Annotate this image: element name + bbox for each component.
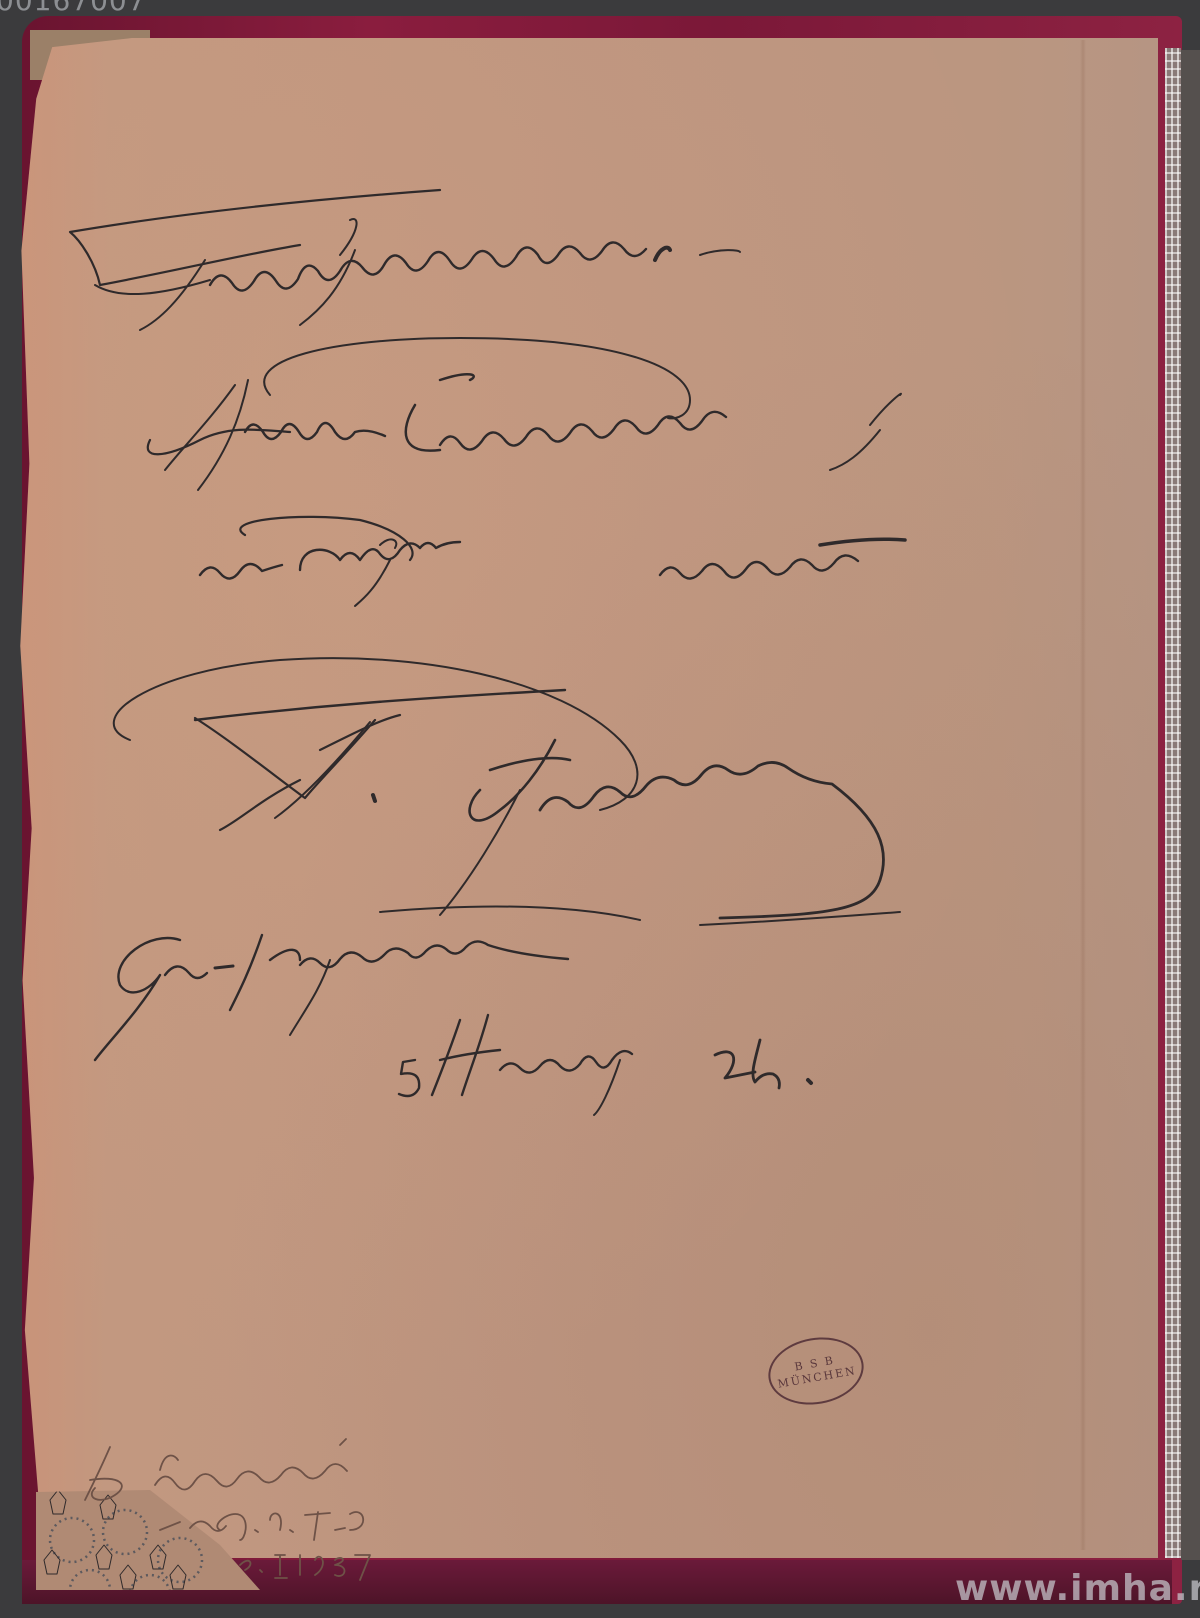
pencil-provenance-note (0, 0, 1200, 1618)
watermark: www.imha.ru/ (955, 1568, 1200, 1609)
